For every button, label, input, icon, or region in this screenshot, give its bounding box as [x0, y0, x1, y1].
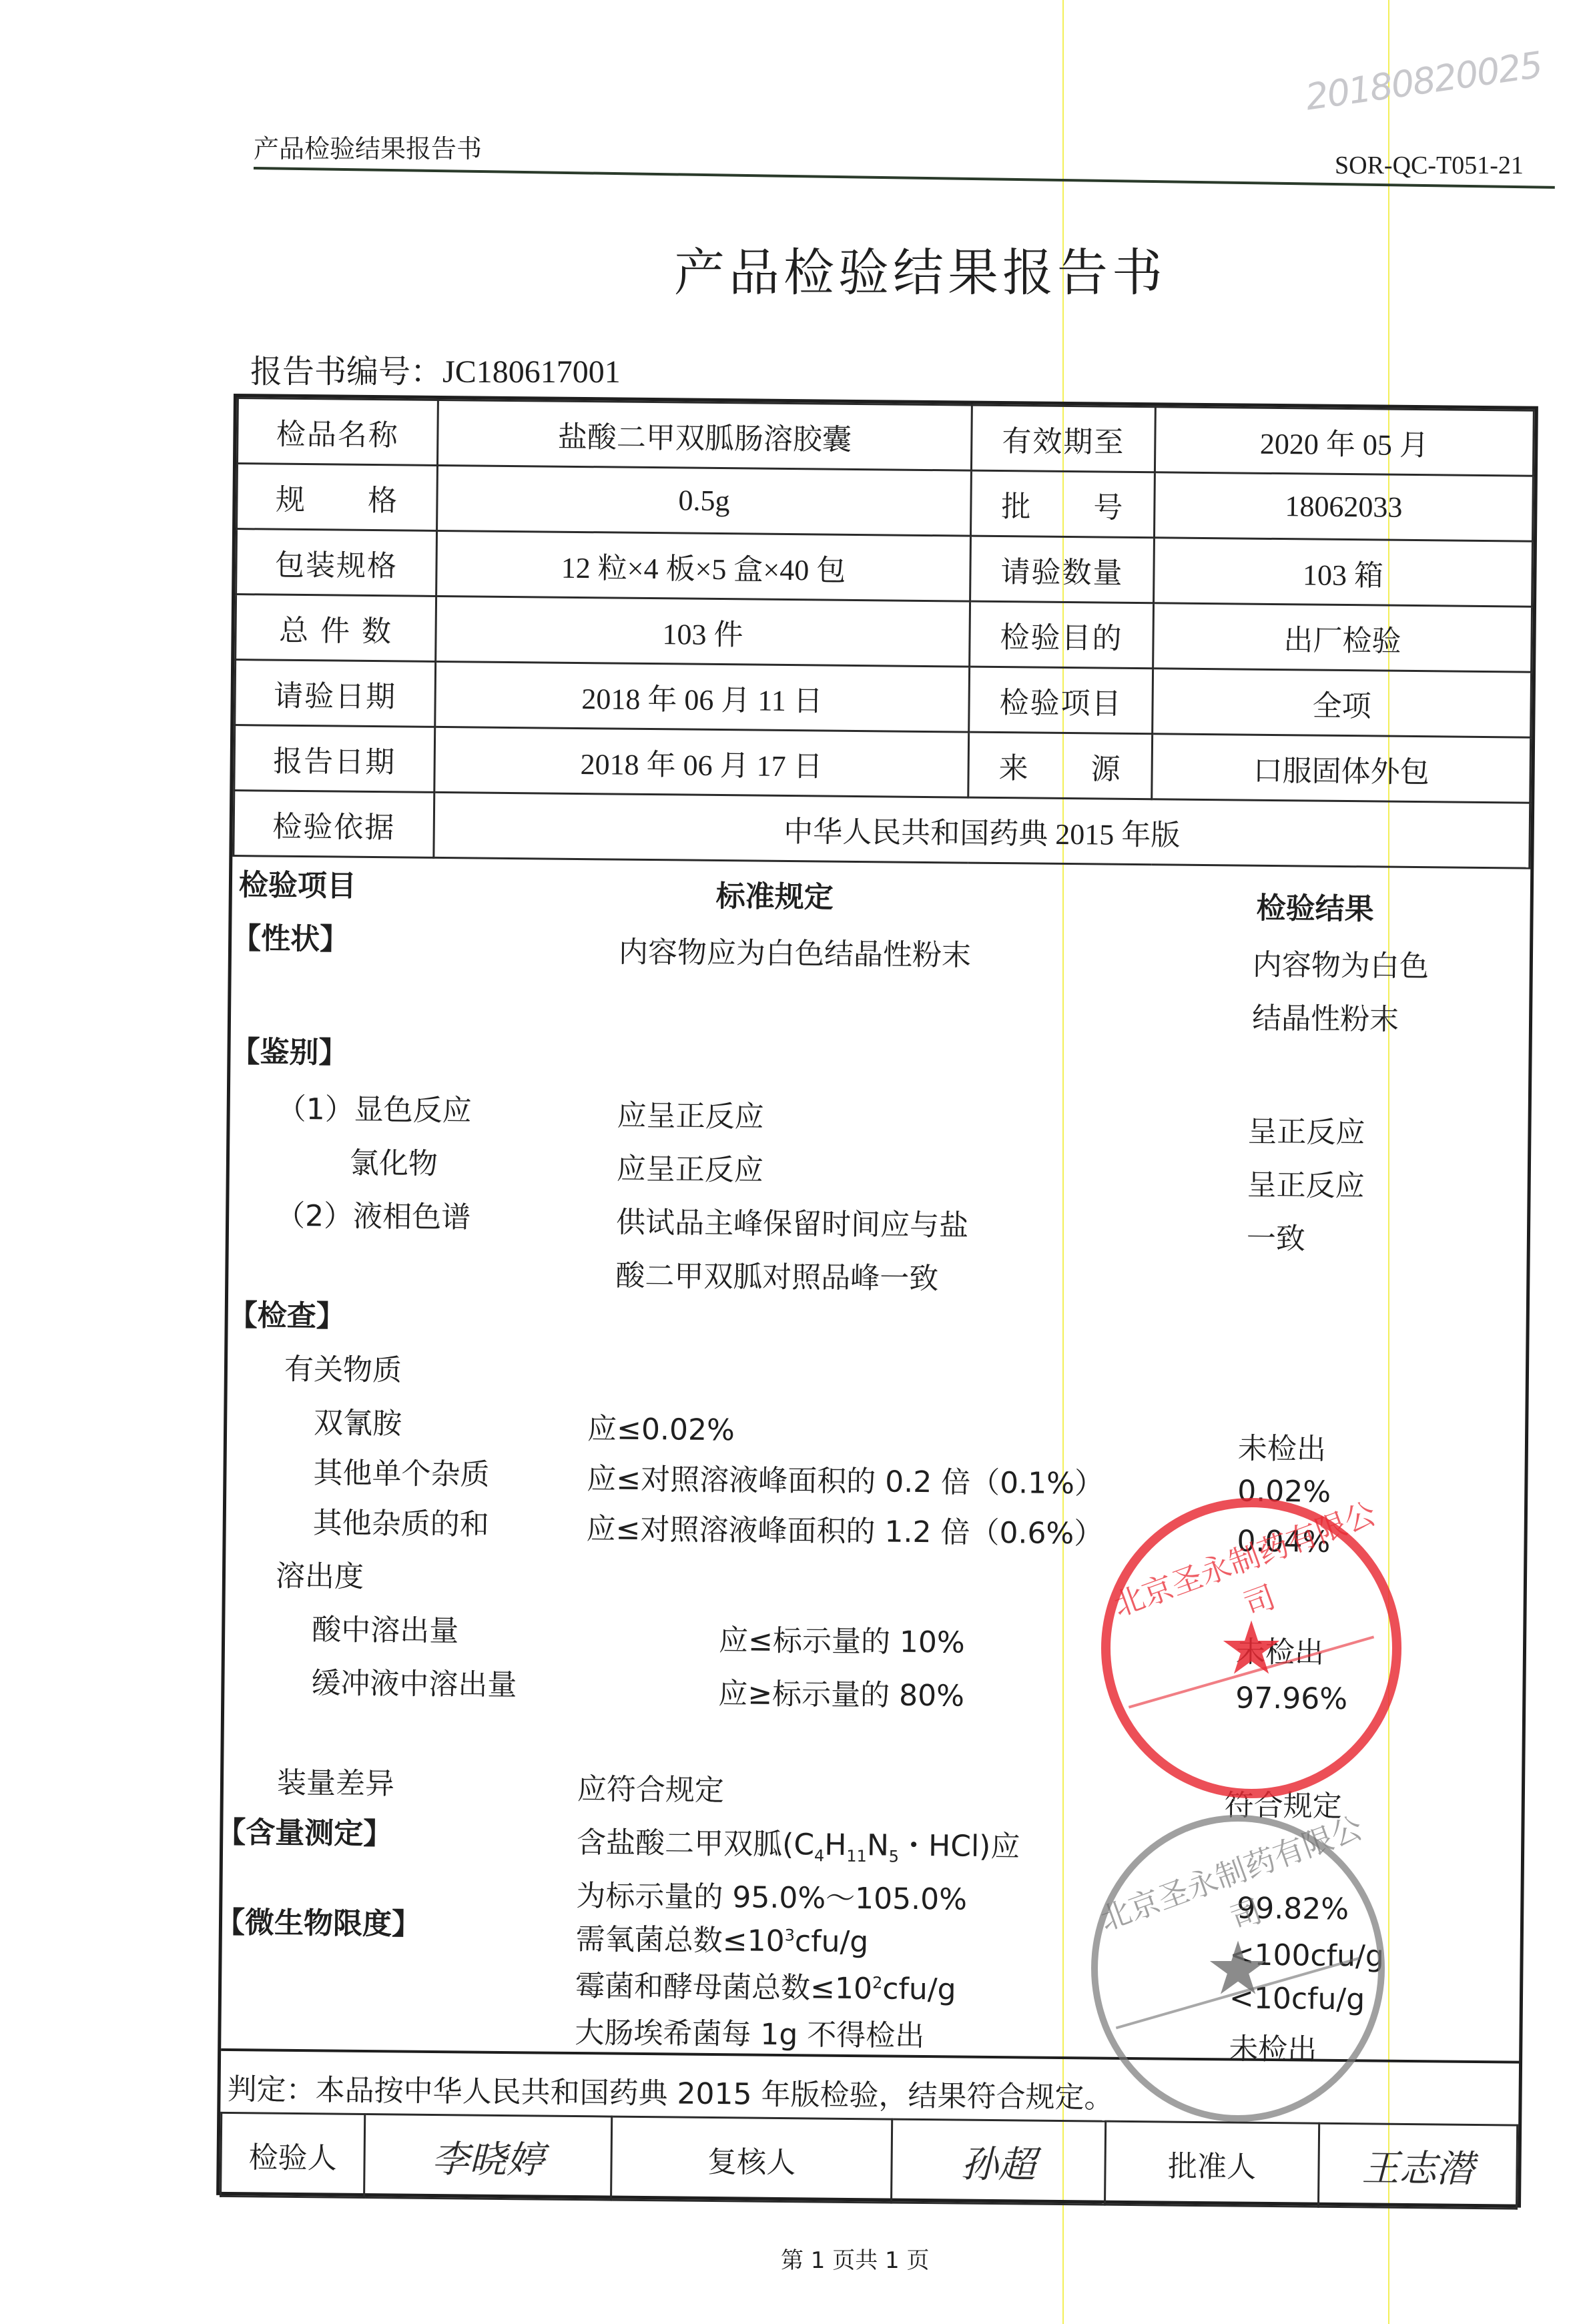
label-total: 总 件 数: [236, 595, 436, 662]
microbial-text: 需氧菌总数≤10: [576, 1922, 785, 1958]
value-total: 103 件: [436, 596, 970, 667]
microbial-item-standard: 大肠埃希菌每 1g 不得检出: [575, 2008, 924, 2054]
table-row: 总 件 数 103 件 检验目的 出厂检验: [236, 595, 1532, 673]
dissolution-item-result: 未检出: [1236, 1628, 1325, 1671]
inspect-item-name: 其他杂质的和: [312, 1499, 489, 1543]
subscript: 11: [846, 1847, 867, 1866]
inspector-label: 检验人: [221, 2112, 365, 2197]
ident-item-result: 呈正反应: [1247, 1108, 1365, 1152]
related-substances-label: 有关物质: [284, 1345, 402, 1389]
table-row: 包装规格 12 粒×4 板×5 盒×40 包 请验数量 103 箱: [236, 529, 1533, 607]
section-appearance: 【性状】: [232, 914, 350, 958]
value-purpose: 出厂检验: [1153, 603, 1532, 672]
microbial-text: cfu/g: [882, 1972, 956, 2006]
ident-item-standard: 应呈正反应: [617, 1092, 764, 1136]
handwritten-note: 20180820025: [1303, 44, 1544, 119]
microbial-item-result: 未检出: [1229, 2024, 1317, 2068]
approver-signature: 王志潜: [1318, 2123, 1517, 2209]
label-request-qty: 请验数量: [970, 536, 1155, 603]
label-expiry: 有效期至: [971, 405, 1155, 472]
label-spec: 规 格: [237, 464, 438, 531]
value-basis: 中华人民共和国药典 2015 年版: [434, 792, 1530, 868]
signature-table: 检验人 李晓婷 复核人 孙超 批准人 王志潜: [220, 2112, 1518, 2210]
inspect-item-result: 0.04%: [1237, 1525, 1330, 1559]
value-packaging: 12 粒×4 板×5 盒×40 包: [436, 530, 971, 601]
value-request-qty: 103 箱: [1154, 538, 1533, 607]
dissolution-item-standard: 应≥标示量的 80%: [718, 1669, 964, 1715]
fill-variation-result: 符合规定: [1224, 1781, 1342, 1825]
label-batch: 批 号: [971, 470, 1155, 538]
label-test-items: 检验项目: [969, 667, 1153, 734]
dissolution-item-result: 97.96%: [1235, 1681, 1347, 1717]
value-batch: 18062033: [1154, 472, 1533, 541]
report-number: 报告书编号：JC180617001: [250, 346, 621, 392]
value-product-name: 盐酸二甲双胍肠溶胶囊: [437, 400, 972, 470]
dissolution-label: 溶出度: [276, 1552, 364, 1595]
appearance-result-2: 结晶性粉末: [1252, 994, 1399, 1038]
assay-result: 99.82%: [1237, 1892, 1349, 1927]
label-purpose: 检验目的: [970, 601, 1154, 669]
inspect-item-result: 未检出: [1238, 1425, 1327, 1468]
superscript: 3: [785, 1926, 795, 1944]
report-frame: 检品名称 盐酸二甲双胍肠溶胶囊 有效期至 2020 年 05 月 规 格 0.5…: [216, 394, 1538, 2208]
microbial-item-standard: 需氧菌总数≤103cfu/g: [576, 1915, 869, 1960]
table-row: 请验日期 2018 年 06 月 11 日 检验项目 全项: [235, 660, 1532, 738]
label-request-date: 请验日期: [235, 660, 436, 727]
inspect-item-name: 双氰胺: [314, 1399, 402, 1442]
section-microbial: 【微生物限度】: [216, 1898, 422, 1943]
report-number-value: JC180617001: [442, 354, 621, 390]
microbial-text: 霉菌和酵母菌总数≤10: [575, 1969, 872, 2006]
inspect-item-result: 0.02%: [1237, 1475, 1331, 1509]
approver-label: 批准人: [1105, 2121, 1319, 2207]
label-packaging: 包装规格: [236, 529, 437, 597]
label-report-date: 报告日期: [234, 725, 435, 793]
fill-variation-standard: 应符合规定: [577, 1765, 725, 1809]
inspect-item-standard: 应≤0.02%: [587, 1405, 735, 1449]
page-title: 产品检验结果报告书: [674, 232, 1167, 305]
value-test-items: 全项: [1153, 669, 1532, 737]
ident-item-standard-cont: 酸二甲双胍对照品峰一致: [615, 1252, 939, 1298]
table-row: 检品名称 盐酸二甲双胍肠溶胶囊 有效期至 2020 年 05 月: [237, 398, 1534, 476]
ident-item-name: （2）液相色谱: [276, 1192, 471, 1236]
label-basis: 检验依据: [234, 791, 434, 858]
inspect-item-standard: 应≤对照溶液峰面积的 1.2 倍（0.6%）: [586, 1505, 1103, 1552]
superscript: 2: [872, 1974, 883, 1992]
inspect-item-standard: 应≤对照溶液峰面积的 0.2 倍（0.1%）: [587, 1455, 1104, 1502]
table-row: 报告日期 2018 年 06 月 17 日 来 源 口服固体外包: [234, 725, 1531, 803]
section-assay: 【含量测定】: [216, 1808, 393, 1853]
assay-standard-cont: 为标示量的 95.0%～105.0%: [576, 1872, 967, 1918]
appearance-standard: 内容物应为白色结晶性粉末: [619, 928, 972, 974]
ident-item-result: 一致: [1247, 1214, 1306, 1258]
assay-standard-text: ・HCl)应: [899, 1829, 1020, 1864]
value-request-date: 2018 年 06 月 11 日: [435, 661, 970, 732]
value-expiry: 2020 年 05 月: [1155, 407, 1534, 476]
ident-item-result: 呈正反应: [1247, 1161, 1365, 1205]
label-product-name: 检品名称: [237, 398, 438, 466]
table-row: 检验依据 中华人民共和国药典 2015 年版: [234, 791, 1530, 869]
col-header-standard: 标准规定: [716, 872, 834, 916]
appearance-result-1: 内容物为白色: [1253, 941, 1429, 986]
value-spec: 0.5g: [437, 465, 972, 536]
label-source: 来 源: [968, 732, 1153, 799]
reviewer-signature: 孙超: [892, 2119, 1106, 2205]
section-identification: 【鉴别】: [230, 1028, 348, 1072]
ident-item-name: 氯化物: [350, 1139, 438, 1182]
inspect-item-name: 其他单个杂质: [313, 1449, 490, 1493]
subscript: 5: [889, 1847, 900, 1866]
microbial-item-result: <10cfu/g: [1229, 1981, 1365, 2016]
inspector-signature: 李晓婷: [364, 2114, 612, 2201]
col-header-result: 检验结果: [1256, 884, 1374, 928]
assay-standard-text: 含盐酸二甲双胍(C: [577, 1826, 814, 1862]
ident-item-name: （1）显色反应: [276, 1085, 472, 1130]
product-info-table: 检品名称 盐酸二甲双胍肠溶胶囊 有效期至 2020 年 05 月 规 格 0.5…: [232, 397, 1535, 869]
assay-standard: 含盐酸二甲双胍(C4H11N5・HCl)应: [577, 1818, 1020, 1867]
report-number-label: 报告书编号：: [250, 353, 442, 390]
dissolution-item-standard: 应≤标示量的 10%: [719, 1616, 965, 1661]
form-code: SOR-QC-T051-21: [1335, 151, 1524, 180]
reviewer-label: 复核人: [611, 2116, 892, 2203]
fill-variation-name: 装量差异: [277, 1759, 395, 1803]
table-row: 规 格 0.5g 批 号 18062033: [237, 464, 1534, 542]
microbial-item-standard: 霉菌和酵母菌总数≤102cfu/g: [575, 1962, 956, 2008]
subscript: 4: [814, 1846, 825, 1865]
header-doc-name: 产品检验结果报告书: [254, 128, 482, 165]
page-number: 第 1 页共 1 页: [781, 2242, 930, 2275]
value-report-date: 2018 年 06 月 17 日: [434, 727, 969, 797]
assay-standard-text: N: [867, 1828, 889, 1862]
dissolution-item-name: 酸中溶出量: [312, 1605, 459, 1649]
ident-item-standard: 应呈正反应: [617, 1145, 764, 1189]
dissolution-item-name: 缓冲液中溶出量: [311, 1659, 517, 1703]
col-header-item: 检验项目: [239, 861, 357, 905]
microbial-item-result: <100cfu/g: [1229, 1938, 1384, 1973]
ident-item-standard: 供试品主峰保留时间应与盐: [616, 1198, 969, 1244]
conclusion-text: 判定：本品按中华人民共和国药典 2015 年版检验，结果符合规定。: [227, 2065, 1114, 2116]
table-row: 检验人 李晓婷 复核人 孙超 批准人 王志潜: [221, 2112, 1518, 2209]
value-source: 口服固体外包: [1152, 734, 1531, 803]
microbial-text: cfu/g: [795, 1924, 869, 1959]
assay-standard-text: H: [824, 1828, 847, 1862]
section-inspection: 【检查】: [228, 1291, 346, 1335]
